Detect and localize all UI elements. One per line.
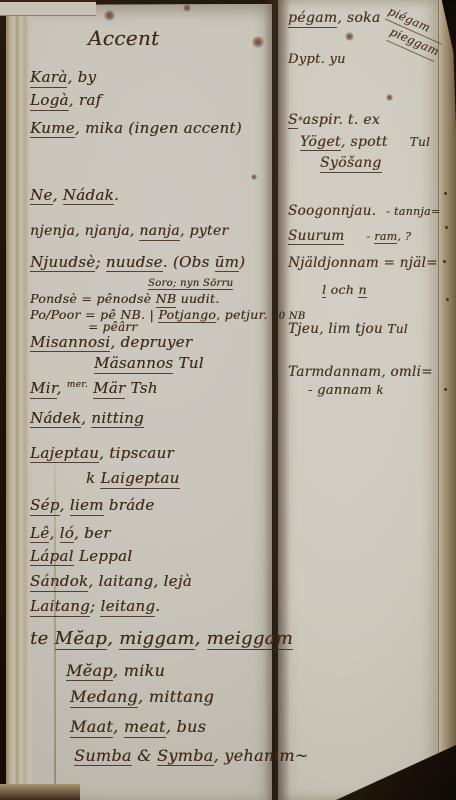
manuscript-line: te Mĕap, miggam, meiggam bbox=[30, 625, 270, 653]
manuscript-word: Tsh bbox=[125, 379, 157, 397]
manuscript-word: k bbox=[376, 383, 384, 397]
manuscript-word: Misannosi bbox=[30, 333, 110, 353]
manuscript-word: - gannam bbox=[308, 383, 376, 398]
manuscript-line: Yöget, spottTul bbox=[300, 132, 438, 154]
manuscript-word: , bus bbox=[166, 717, 206, 736]
manuscript-word: Lápal bbox=[30, 547, 74, 567]
manuscript-word: . bbox=[114, 186, 119, 204]
manuscript-word: Njuudsè bbox=[30, 253, 95, 273]
manuscript-word: Mär bbox=[93, 379, 125, 399]
manuscript-word: ) bbox=[239, 253, 245, 271]
manuscript-line: k Laigeptau bbox=[86, 467, 270, 490]
manuscript-line: njenja, njanja, nanja, pyter bbox=[30, 221, 270, 243]
manuscript-word: miggam bbox=[119, 628, 194, 651]
manuscript-word: , bbox=[113, 717, 124, 736]
next-page-ink-marks bbox=[444, 192, 447, 195]
manuscript-line: Njäldjonnam = njäl= bbox=[288, 253, 438, 274]
manuscript-word: njenja, njanja, bbox=[30, 223, 139, 239]
manuscript-word: Ne bbox=[30, 186, 53, 206]
manuscript-word: , depruyer bbox=[110, 333, 192, 351]
manuscript-word: , petjur. bbox=[216, 307, 272, 322]
manuscript-word: Kume bbox=[30, 119, 75, 139]
manuscript-word: - tannja= bbox=[386, 205, 440, 218]
manuscript-line: Njuudsè; nuudse. (Obs ūm) bbox=[30, 251, 270, 274]
manuscript-word: liem bbox=[70, 496, 104, 516]
manuscript-word: Potjango bbox=[158, 307, 216, 324]
manuscript-word: Sumba bbox=[74, 746, 132, 767]
manuscript-line: Soogonnjau.- tannja= bbox=[288, 201, 438, 222]
manuscript-word: , tipscaur bbox=[99, 444, 174, 462]
manuscript-word: Tul bbox=[173, 354, 203, 372]
manuscript-word: te bbox=[30, 628, 55, 649]
manuscript-line: Tarmdannam, omli= bbox=[288, 362, 438, 383]
manuscript-word: och bbox=[326, 282, 358, 297]
manuscript-word: Laitang bbox=[30, 597, 90, 617]
manuscript-word: Suurum bbox=[288, 228, 344, 246]
manuscript-word: , bbox=[60, 496, 70, 514]
manuscript-word: meiggam bbox=[207, 628, 293, 651]
manuscript-word: , ber bbox=[74, 524, 111, 542]
manuscript-line: Nádek, nitting bbox=[30, 407, 270, 430]
manuscript-line: Sép, liem bráde bbox=[30, 494, 270, 517]
manuscript-word: Leppal bbox=[74, 547, 133, 565]
book-fore-edge bbox=[438, 0, 456, 800]
manuscript-word: . bbox=[155, 597, 160, 615]
page-edge-bottom-left bbox=[0, 784, 80, 800]
manuscript-line: Logà, raf bbox=[30, 89, 270, 112]
manuscript-line: Laitang; leitang. bbox=[30, 595, 270, 618]
manuscript-line: Lê, ló, ber bbox=[30, 522, 270, 545]
manuscript-line: Ne, Nádak. bbox=[30, 184, 270, 207]
manuscript-word: Nádak bbox=[63, 186, 114, 206]
manuscript-word: nuudse bbox=[106, 253, 163, 273]
manuscript-word: Karà bbox=[30, 68, 67, 88]
manuscript-line: Karà, by bbox=[30, 66, 270, 89]
manuscript-word: , bbox=[195, 628, 207, 649]
manuscript-line: Tjeu, lim tjou Tul bbox=[288, 319, 438, 340]
manuscript-word: Medang bbox=[70, 687, 138, 708]
manuscript-word: nitting bbox=[91, 409, 144, 429]
manuscript-word: Mĕap bbox=[66, 661, 113, 682]
manuscript-word: Mĕap bbox=[55, 628, 108, 651]
manuscript-word: Soogonnjau. bbox=[288, 203, 376, 219]
manuscript-word: Logà bbox=[30, 91, 69, 111]
manuscript-word: ; bbox=[90, 597, 100, 615]
manuscript-word: k bbox=[86, 469, 100, 487]
manuscript-word: Syöšang bbox=[320, 155, 382, 173]
page-edge-top-left bbox=[0, 0, 96, 16]
manuscript-word: Tul bbox=[410, 135, 430, 149]
page-heading: Accent bbox=[88, 26, 270, 50]
manuscript-photo: Accent Karà, byLogà, rafKume, mika (inge… bbox=[0, 0, 456, 800]
manuscript-word: Tarmdannam, omli= bbox=[288, 364, 433, 380]
manuscript-line: Syöšang bbox=[320, 153, 438, 175]
right-page-text: pégam, sokaDypt. yuS aspir. t. exYöget, … bbox=[288, 8, 438, 401]
manuscript-word: , bbox=[49, 524, 59, 542]
manuscript-word: Dypt. yu bbox=[288, 52, 346, 67]
manuscript-word: pégam bbox=[288, 10, 337, 28]
manuscript-line: Mäsannos Tul bbox=[94, 352, 270, 375]
manuscript-word: Lê bbox=[30, 524, 49, 544]
manuscript-word: Mir bbox=[30, 379, 57, 399]
manuscript-word: ; bbox=[95, 253, 105, 271]
manuscript-word: Njäldjonnam = njäl= bbox=[288, 255, 438, 271]
manuscript-word: leitang bbox=[100, 597, 155, 617]
manuscript-word: & bbox=[132, 746, 157, 765]
manuscript-line: l och n bbox=[322, 280, 438, 299]
manuscript-word: Lajeptau bbox=[30, 444, 99, 464]
foxing-spot bbox=[183, 4, 191, 12]
manuscript-word: Nádek bbox=[30, 409, 81, 429]
manuscript-line: Maat, meat, bus bbox=[70, 715, 270, 740]
manuscript-line: Sumba & Symba, yehamm~ bbox=[74, 744, 270, 769]
manuscript-word: , mika (ingen accent) bbox=[75, 119, 242, 137]
manuscript-word: , ? bbox=[397, 230, 411, 243]
manuscript-line: Kume, mika (ingen accent) bbox=[30, 117, 270, 140]
manuscript-word: , pyter bbox=[180, 223, 228, 239]
manuscript-word: Tul bbox=[387, 322, 407, 336]
manuscript-word: ram bbox=[374, 230, 397, 245]
right-page-entries: pégam, sokaDypt. yuS aspir. t. exYöget, … bbox=[288, 8, 438, 401]
manuscript-word: , mittang bbox=[138, 687, 214, 706]
manuscript-word: . (Obs bbox=[163, 253, 215, 271]
manuscript-line: S aspir. t. ex bbox=[288, 110, 438, 132]
manuscript-word: Yöget bbox=[300, 134, 341, 152]
manuscript-word: nanja bbox=[139, 223, 180, 241]
manuscript-word: Symba bbox=[157, 746, 213, 767]
manuscript-word: ūm bbox=[215, 253, 239, 273]
manuscript-word: , raf bbox=[69, 91, 102, 109]
manuscript-word: bráde bbox=[104, 496, 155, 514]
manuscript-line: Lápal Leppal bbox=[30, 545, 270, 568]
manuscript-word: ló bbox=[60, 524, 74, 544]
manuscript-word: , soka bbox=[337, 10, 380, 26]
manuscript-word: , bbox=[107, 628, 119, 649]
manuscript-word: Mäsannos bbox=[94, 354, 173, 374]
manuscript-word: Maat bbox=[70, 717, 113, 738]
manuscript-line: Mir, mer. Mär Tsh bbox=[30, 377, 270, 400]
manuscript-line: Suurum- ram, ? bbox=[288, 226, 438, 247]
manuscript-word: n bbox=[358, 282, 366, 299]
manuscript-word: , miku bbox=[113, 661, 165, 680]
manuscript-line: Mĕap, miku bbox=[66, 659, 270, 684]
manuscript-word: , laitang, lejà bbox=[88, 572, 192, 590]
left-page-text: Accent Karà, byLogà, rafKume, mika (inge… bbox=[30, 26, 270, 769]
manuscript-line: Lajeptau, tipscaur bbox=[30, 442, 270, 465]
manuscript-word: meat bbox=[124, 717, 166, 738]
manuscript-word: , spott bbox=[341, 134, 388, 150]
manuscript-word: , bbox=[81, 409, 91, 427]
manuscript-line: Misannosi, depruyer bbox=[30, 331, 270, 354]
manuscript-word: , by bbox=[67, 68, 96, 86]
manuscript-line: Po/Poor = pê NB. | Potjango, petjur. 90 … bbox=[30, 305, 270, 325]
manuscript-word: Sándok bbox=[30, 572, 88, 592]
manuscript-word: , yehamm~ bbox=[214, 746, 309, 765]
manuscript-word: Sép bbox=[30, 496, 60, 516]
manuscript-line: Medang, mittang bbox=[70, 685, 270, 710]
manuscript-line: - gannam k bbox=[308, 381, 438, 401]
manuscript-word: Laigeptau bbox=[100, 469, 179, 489]
manuscript-word: Tjeu, lim tjou bbox=[288, 321, 387, 337]
manuscript-line: Sándok, laitang, lejà bbox=[30, 570, 270, 593]
manuscript-word: aspir. t. ex bbox=[298, 112, 380, 128]
page-binding-edge bbox=[6, 4, 32, 800]
manuscript-word: , bbox=[53, 186, 63, 204]
manuscript-word: mer. bbox=[67, 380, 88, 390]
manuscript-word: , bbox=[57, 379, 67, 397]
foxing-spot bbox=[104, 10, 115, 21]
manuscript-word: S bbox=[288, 112, 298, 130]
left-page-entries: Karà, byLogà, rafKume, mika (ingen accen… bbox=[30, 66, 270, 769]
